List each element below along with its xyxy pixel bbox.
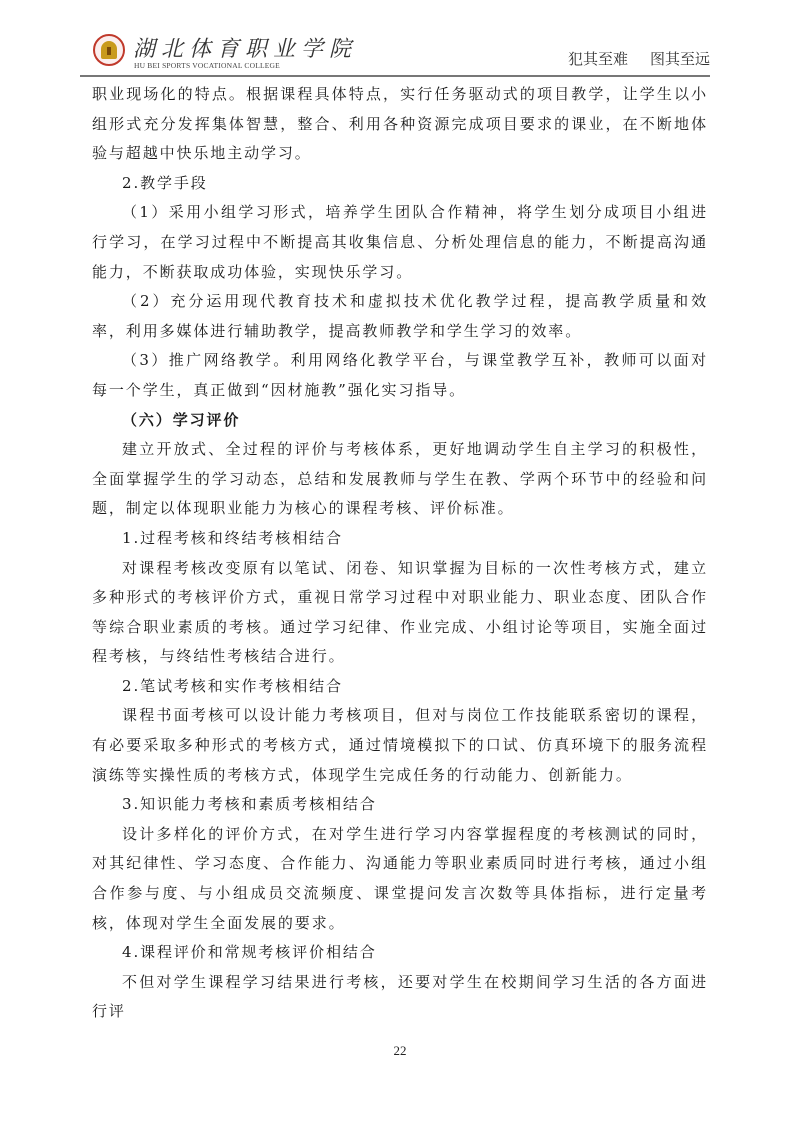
school-motto: 犯其至难图其至远 [568,48,710,69]
paragraph: （1）采用小组学习形式，培养学生团队合作精神，将学生划分成项目小组进行学习，在学… [92,198,708,287]
subheading-written-practical-assessment: 2.笔试考核和实作考核相结合 [92,672,708,702]
section-heading-learning-evaluation: （六）学习评价 [92,406,708,436]
subheading-course-routine-evaluation: 4.课程评价和常规考核评价相结合 [92,938,708,968]
paragraph: （3）推广网络教学。利用网络化教学平台，与课堂教学互补，教师可以面对每一个学生，… [92,346,708,405]
header-divider [80,75,710,77]
paragraph: 课程书面考核可以设计能力考核项目，但对与岗位工作技能联系密切的课程，有必要采取多… [92,701,708,790]
motto-part-2: 图其至远 [650,50,710,68]
subheading-knowledge-quality-assessment: 3.知识能力考核和素质考核相结合 [92,790,708,820]
paragraph: 职业现场化的特点。根据课程具体特点，实行任务驱动式的项目教学，让学生以小组形式充… [92,80,708,169]
paragraph: 对课程考核改变原有以笔试、闭卷、知识掌握为目标的一次性考核方式，建立多种形式的考… [92,554,708,672]
school-name-chinese: 湖北体育职业学院 [133,32,357,63]
page-header: 湖北体育职业学院 HU BEI SPORTS VOCATIONAL COLLEG… [93,28,710,74]
school-emblem-icon [93,34,125,66]
emblem-building-icon [101,41,117,59]
page-number: 22 [0,1043,800,1059]
subheading-teaching-methods: 2.教学手段 [92,169,708,199]
paragraph: 设计多样化的评价方式，在对学生进行学习内容掌握程度的考核测试的同时，对其纪律性、… [92,820,708,938]
document-body: 职业现场化的特点。根据课程具体特点，实行任务驱动式的项目教学，让学生以小组形式充… [92,80,708,1027]
paragraph: 建立开放式、全过程的评价与考核体系，更好地调动学生自主学习的积极性，全面掌握学生… [92,435,708,524]
school-name-english: HU BEI SPORTS VOCATIONAL COLLEGE [134,61,280,70]
motto-part-1: 犯其至难 [568,50,628,68]
subheading-process-assessment: 1.过程考核和终结考核相结合 [92,524,708,554]
paragraph: 不但对学生课程学习结果进行考核，还要对学生在校期间学习生活的各方面进行评 [92,968,708,1027]
paragraph: （2）充分运用现代教育技术和虚拟技术优化教学过程，提高教学质量和效率，利用多媒体… [92,287,708,346]
